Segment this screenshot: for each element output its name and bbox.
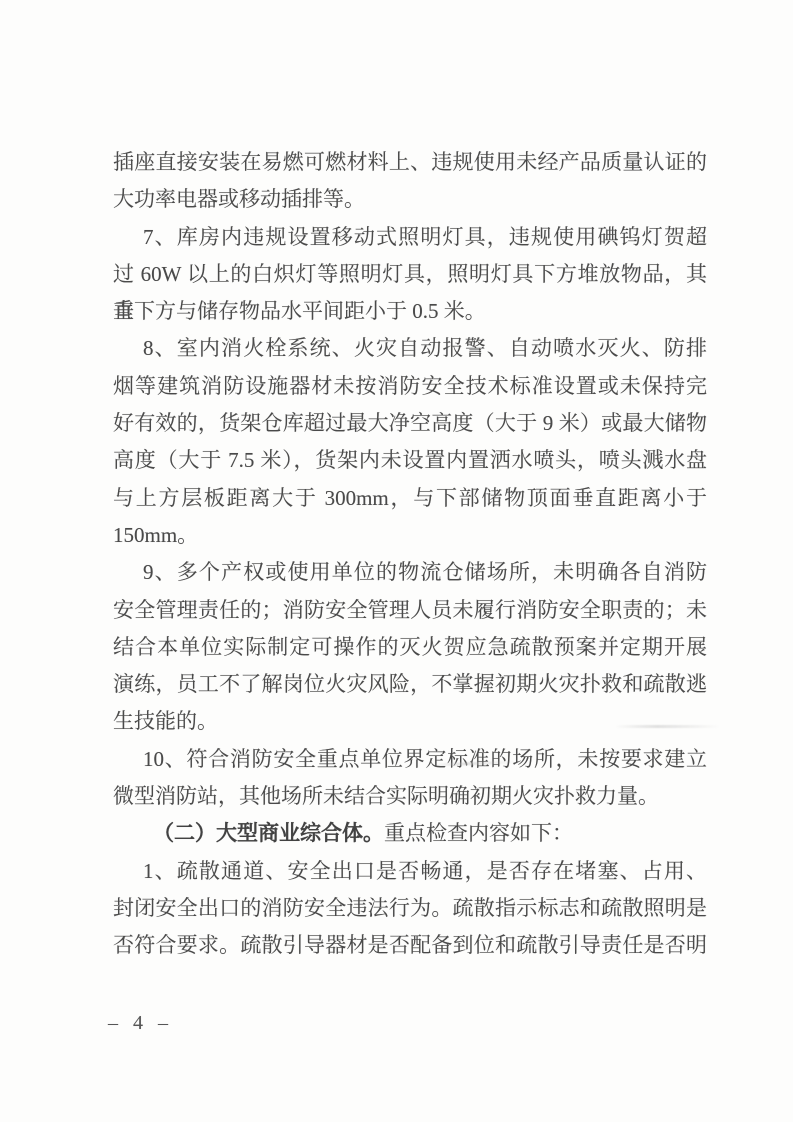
text-line: 过 60W 以上的白炽灯等照明灯具，照明灯具下方堆放物品，其垂 xyxy=(113,256,707,293)
line-text: 高度（大于 7.5 米），货架内未设置内置洒水喷头，喷头溅水盘 xyxy=(113,448,707,472)
text-line: 安全管理责任的；消防安全管理人员未履行消防安全职责的；未 xyxy=(113,592,707,629)
text-line: 9、多个产权或使用单位的物流仓储场所，未明确各自消防 xyxy=(113,554,707,591)
text-line: 演练，员工不了解岗位火灾风险，不掌握初期火灾扑救和疏散逃 xyxy=(113,666,707,703)
line-text: 直下方与储存物品水平间距小于 0.5 米。 xyxy=(113,299,486,323)
text-line: （二）大型商业综合体。重点检查内容如下： xyxy=(113,815,707,852)
text-line: 8、室内消火栓系统、火灾自动报警、自动喷水灭火、防排 xyxy=(113,330,707,367)
line-text: 结合本单位实际制定可操作的灭火贺应急疏散预案并定期开展 xyxy=(113,635,707,659)
line-text: 1、疏散通道、安全出口是否畅通，是否存在堵塞、占用、 xyxy=(143,859,707,883)
line-text: 安全管理责任的；消防安全管理人员未履行消防安全职责的；未 xyxy=(113,598,707,622)
line-text: 9、多个产权或使用单位的物流仓储场所，未明确各自消防 xyxy=(143,560,707,584)
document-page: 插座直接安装在易燃可燃材料上、违规使用未经产品质量认证的大功率电器或移动插排等。… xyxy=(0,0,793,1122)
text-line: 10、符合消防安全重点单位界定标准的场所，未按要求建立 xyxy=(113,741,707,778)
line-text: 演练，员工不了解岗位火灾风险，不掌握初期火灾扑救和疏散逃 xyxy=(113,672,707,696)
text-line: 直下方与储存物品水平间距小于 0.5 米。 xyxy=(113,293,707,330)
text-line: 否符合要求。疏散引导器材是否配备到位和疏散引导责任是否明 xyxy=(113,927,707,964)
line-text: 8、室内消火栓系统、火灾自动报警、自动喷水灭火、防排 xyxy=(143,336,707,360)
text-line: 插座直接安装在易燃可燃材料上、违规使用未经产品质量认证的 xyxy=(113,144,707,181)
line-text: 好有效的，货架仓库超过最大净空高度（大于 9 米）或最大储物 xyxy=(113,411,707,435)
text-line: 生技能的。 xyxy=(113,703,707,740)
text-line: 1、疏散通道、安全出口是否畅通，是否存在堵塞、占用、 xyxy=(113,853,707,890)
body-text-block: 插座直接安装在易燃可燃材料上、违规使用未经产品质量认证的大功率电器或移动插排等。… xyxy=(113,144,707,965)
text-line: 结合本单位实际制定可操作的灭火贺应急疏散预案并定期开展 xyxy=(113,629,707,666)
page-number: – 4 – xyxy=(108,1012,173,1035)
line-text: 插座直接安装在易燃可燃材料上、违规使用未经产品质量认证的 xyxy=(113,150,707,174)
line-text: 微型消防站，其他场所未结合实际明确初期火灾扑救力量。 xyxy=(113,784,659,808)
line-text: 生技能的。 xyxy=(113,709,218,733)
line-text: 烟等建筑消防设施器材未按消防安全技术标准设置或未保持完 xyxy=(113,374,707,398)
text-line: 7、库房内违规设置移动式照明灯具，违规使用碘钨灯贺超 xyxy=(113,219,707,256)
line-text: 7、库房内违规设置移动式照明灯具，违规使用碘钨灯贺超 xyxy=(143,225,707,249)
text-line: 高度（大于 7.5 米），货架内未设置内置洒水喷头，喷头溅水盘 xyxy=(113,442,707,479)
line-text: 150mm。 xyxy=(113,523,198,547)
text-line: 150mm。 xyxy=(113,517,707,554)
line-text: 封闭安全出口的消防安全违法行为。疏散指示标志和疏散照明是 xyxy=(113,896,707,920)
line-text: 10、符合消防安全重点单位界定标准的场所，未按要求建立 xyxy=(143,747,707,771)
text-line: 微型消防站，其他场所未结合实际明确初期火灾扑救力量。 xyxy=(113,778,707,815)
line-text: 与上方层板距离大于 300mm，与下部储物顶面垂直距离小于 xyxy=(113,486,707,510)
text-line: 封闭安全出口的消防安全违法行为。疏散指示标志和疏散照明是 xyxy=(113,890,707,927)
text-line: 好有效的，货架仓库超过最大净空高度（大于 9 米）或最大储物 xyxy=(113,405,707,442)
line-text: 重点检查内容如下： xyxy=(384,821,573,845)
line-text: 大功率电器或移动插排等。 xyxy=(113,187,365,211)
line-text: 否符合要求。疏散引导器材是否配备到位和疏散引导责任是否明 xyxy=(113,933,707,957)
text-line: 与上方层板距离大于 300mm，与下部储物顶面垂直距离小于 xyxy=(113,480,707,517)
text-line: 大功率电器或移动插排等。 xyxy=(113,181,707,218)
section-heading-bold: （二）大型商业综合体。 xyxy=(153,821,384,845)
text-line: 烟等建筑消防设施器材未按消防安全技术标准设置或未保持完 xyxy=(113,368,707,405)
